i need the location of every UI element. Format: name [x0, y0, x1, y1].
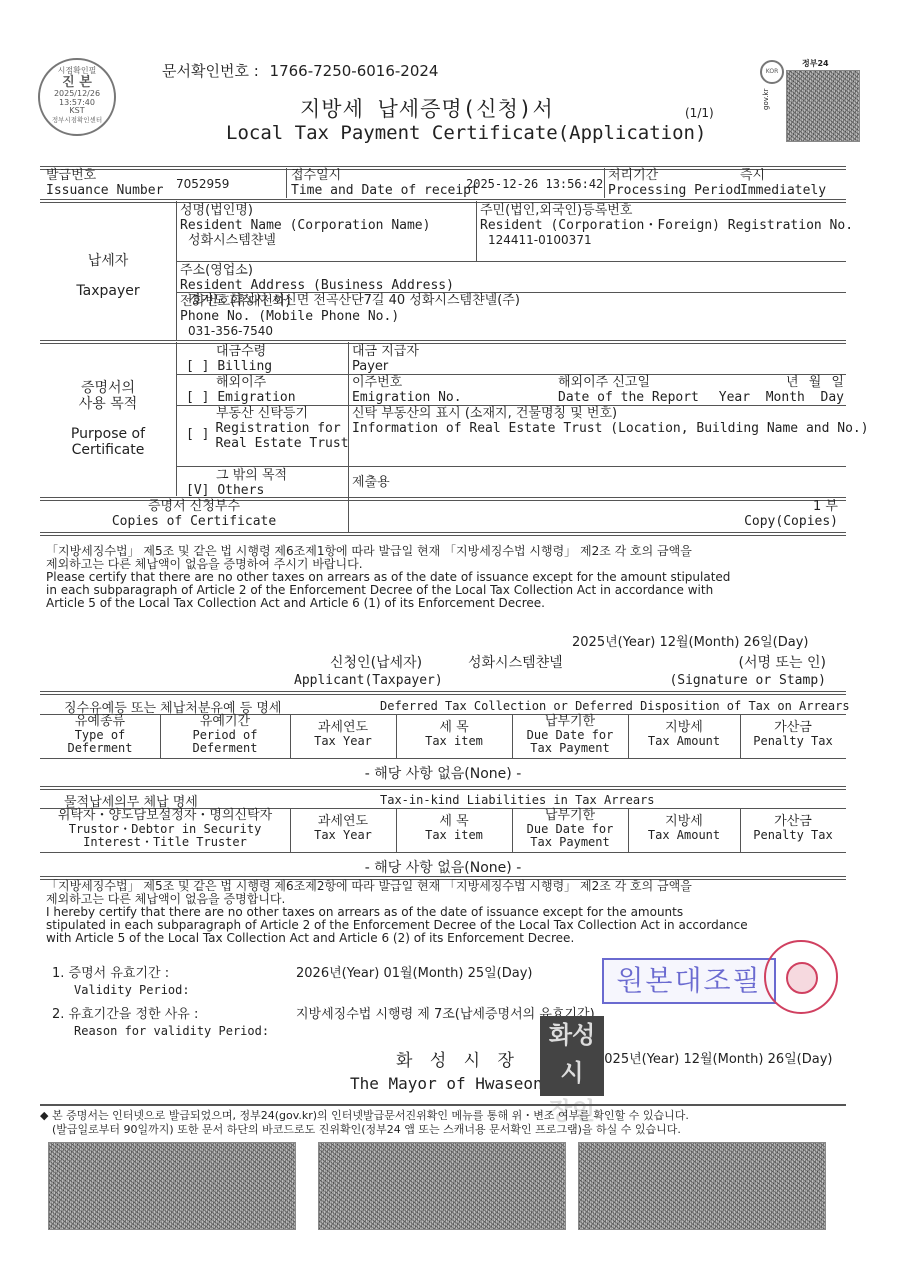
trust-label-en-1: Registration for: [215, 421, 348, 436]
purpose-option-emigration[interactable]: 해외이주 [ ] Emigration: [186, 375, 296, 405]
in-kind-col-5: 가산금Penalty Tax: [740, 815, 846, 842]
request-en-line-3: Article 5 of the Local Tax Collection Ac…: [46, 597, 730, 610]
processing-period-label: 처리기간 Processing Period: [608, 168, 741, 198]
deferment-col-label-en: Tax Amount: [628, 735, 740, 749]
deferment-col-5: 지방세Tax Amount: [628, 721, 740, 748]
purpose-label-en-1: Purpose of: [40, 426, 176, 442]
phone-field: 전화번호(휴대전화) Phone No. (Mobile Phone No.) …: [180, 294, 399, 339]
receipt-label-en: Time and Date of receipt: [291, 183, 479, 198]
issuer-name-ko: 화 성 시 장: [396, 1046, 520, 1071]
issuance-number-label-en: Issuance Number: [46, 183, 163, 198]
billing-label-ko: 대금수령: [186, 344, 272, 359]
deferment-title-en: Deferred Tax Collection or Deferred Disp…: [380, 699, 850, 713]
emigration-number-field: 이주번호 Emigration No.: [352, 375, 462, 405]
deferment-col-0: 유예종류Type ofDeferment: [40, 715, 160, 756]
name-label-ko: 성명(법인명): [180, 203, 430, 218]
in-kind-col-0: 위탁자・양도담보설정자・명의신탁자Trustor・Debtor in Secur…: [40, 809, 290, 850]
in-kind-col-2: 세 목Tax item: [396, 815, 512, 842]
purpose-option-others[interactable]: 그 밖의 목적 [V] Others: [186, 468, 287, 498]
purpose-label-en-2: Certificate: [40, 442, 176, 458]
document-check-number: 문서확인번호 : 1766-7250-6016-2024: [162, 60, 438, 81]
in-kind-col-label-ko: 지방세: [628, 815, 740, 829]
ymd-en: Year Month Day: [700, 390, 844, 405]
trust-label-en-2: Real Estate Trust: [215, 436, 348, 451]
deferment-col-1: 유예기간Period ofDeferment: [160, 715, 290, 756]
taxpayer-label-en: Taxpayer: [40, 276, 176, 306]
in-kind-col-label-en: Trustor・Debtor in Security: [40, 823, 290, 837]
deferment-col-label-en: Tax item: [396, 735, 512, 749]
taxpayer-section-label: 납세자 Taxpayer: [40, 246, 176, 306]
billing-label-en: Billing: [217, 359, 272, 374]
stamp-timezone: KST: [40, 107, 114, 116]
deferment-col-label-en: Due Date for: [512, 729, 628, 743]
deferment-col-3: 세 목Tax item: [396, 721, 512, 748]
deferment-col-label-en: Period of: [160, 729, 290, 743]
in-kind-title-en: Tax-in-kind Liabilities in Tax Arrears: [380, 793, 655, 807]
deferment-col-4: 납부기한Due Date forTax Payment: [512, 715, 628, 756]
applicant-name: 성화시스템챤넬: [468, 652, 563, 672]
deferment-col-label-en: Deferment: [160, 742, 290, 756]
copies-value: 1 부 Copy(Copies): [600, 499, 838, 529]
barcode-1: [48, 1142, 296, 1230]
title-english: Local Tax Payment Certificate(Applicatio…: [226, 122, 706, 144]
deferment-col-label-en: Deferment: [40, 742, 160, 756]
seal-text-1: 화성시: [540, 1016, 604, 1092]
in-kind-col-label-ko: 납부기한: [512, 809, 628, 823]
issuance-number-label-ko: 발급번호: [46, 168, 163, 183]
phone-value: 031-356-7540: [180, 324, 399, 339]
deferment-col-label-ko: 유예종류: [40, 715, 160, 729]
taxpayer-name-field: 성명(법인명) Resident Name (Corporation Name)…: [180, 203, 430, 248]
timestamp-verification-stamp: 시점확인필 진 본 2025/12/26 13:57:40 KST 정부시점확인…: [38, 58, 116, 136]
report-date-label-ko: 해외이주 신고일: [558, 375, 699, 390]
emigration-no-label-ko: 이주번호: [352, 375, 462, 390]
in-kind-col-4: 지방세Tax Amount: [628, 815, 740, 842]
in-kind-col-label-ko: 위탁자・양도담보설정자・명의신탁자: [40, 809, 290, 823]
validity-period-value: 2026년(Year) 01월(Month) 25일(Day): [296, 962, 532, 981]
stamp-main-text: 진 본: [40, 76, 114, 90]
deferment-col-label-en: Tax Payment: [512, 742, 628, 756]
qr-side-label: gov.kr: [762, 89, 770, 110]
official-red-seal: [764, 940, 838, 1014]
in-kind-col-label-en: Tax Amount: [628, 829, 740, 843]
emigration-report-date-value: 년 월 일 Year Month Day: [700, 375, 844, 405]
purpose-option-billing[interactable]: 대금수령 [ ] Billing: [186, 344, 272, 374]
processing-period-value: 즉시 Immediately: [740, 168, 826, 198]
copies-unit: Copy(Copies): [600, 514, 838, 529]
registration-number-field: 주민(법인,외국인)등록번호 Resident (Corporation・For…: [480, 203, 853, 248]
issue-date: 2025년(Year) 12월(Month) 26일(Day): [596, 1048, 832, 1067]
processing-period-value-ko: 즉시: [740, 168, 826, 183]
in-kind-col-label-ko: 세 목: [396, 815, 512, 829]
receipt-label-ko: 접수일시: [291, 168, 479, 183]
payer-label-en: Payer: [352, 359, 419, 374]
deferment-col-label-ko: 가산금: [740, 721, 846, 735]
deferment-col-label-ko: 납부기한: [512, 715, 628, 729]
others-label-en: Others: [217, 483, 264, 498]
processing-period-label-ko: 처리기간: [608, 168, 741, 183]
in-kind-none: - 해당 사항 없음(None) -: [40, 857, 846, 877]
address-label-en: Resident Address (Business Address): [180, 278, 520, 293]
footer-note-2: (발급일로부터 90일까지) 또한 문서 하단의 바코드로도 진위확인(정부24…: [40, 1123, 689, 1137]
in-kind-col-label-ko: 과세연도: [290, 815, 396, 829]
trust-info-field: 신탁 부동산의 표시 (소재지, 건물명칭 및 번호) Information …: [352, 406, 869, 436]
in-kind-col-label-en: Penalty Tax: [740, 829, 846, 843]
validity-period-label-ko: 1. 증명서 유효기간 :: [52, 962, 169, 981]
issuance-number-label: 발급번호 Issuance Number: [46, 168, 163, 198]
in-kind-col-label-en: Due Date for: [512, 823, 628, 837]
copies-label-en: Copies of Certificate: [40, 514, 348, 529]
validity-reason-label-ko: 2. 유효기간을 정한 사유 :: [52, 1003, 198, 1022]
reg-label-ko: 주민(법인,외국인)등록번호: [480, 203, 853, 218]
page-indicator: (1/1): [685, 106, 714, 120]
title-korean: 지방세 납세증명(신청)서: [300, 93, 554, 123]
others-label-ko: 그 밖의 목적: [186, 468, 287, 483]
reg-value: 124411-0100371: [480, 233, 853, 248]
request-paragraph: 「지방세징수법」 제5조 및 같은 법 시행령 제6조제1항에 따라 발급일 현…: [46, 545, 730, 610]
in-kind-col-label-en: Interest・Title Truster: [40, 836, 290, 850]
copies-count: 1 부: [600, 499, 838, 514]
trust-info-label-en: Information of Real Estate Trust (Locati…: [352, 421, 869, 436]
signature-label-ko: (서명 또는 인): [690, 652, 826, 672]
others-purpose-value: 제출용: [352, 475, 390, 490]
receipt-label: 접수일시 Time and Date of receipt: [291, 168, 479, 198]
certify-paragraph: 「지방세징수법」 제5조 및 같은 법 시행령 제6조제2항에 따라 발급일 현…: [46, 880, 748, 945]
applicant-label-en: Applicant(Taxpayer): [294, 673, 443, 688]
processing-period-label-en: Processing Period: [608, 183, 741, 198]
emigration-checkbox[interactable]: [ ]: [186, 390, 209, 405]
kor-logo-icon: KOR: [760, 60, 784, 84]
ymd-ko: 년 월 일: [700, 375, 844, 390]
copies-label: 증명서 신청부수 Copies of Certificate: [40, 499, 348, 529]
issuance-number-value: 7052959: [176, 177, 229, 192]
payer-field: 대금 지급자 Payer: [352, 344, 419, 374]
emigration-label-ko: 해외이주: [186, 375, 296, 390]
in-kind-col-label-ko: 가산금: [740, 815, 846, 829]
qr-label: 정부24: [802, 58, 829, 69]
qr-pattern: [786, 70, 860, 142]
in-kind-col-1: 과세연도Tax Year: [290, 815, 396, 842]
certify-en-line-3: with Article 5 of the Local Tax Collecti…: [46, 932, 748, 945]
deferment-col-label-en: Tax Year: [290, 735, 396, 749]
taxpayer-label-ko: 납세자: [40, 246, 176, 276]
applicant-label-ko: 신청인(납세자): [330, 652, 422, 672]
stamp-bottom-text: 정부시점확인센터: [40, 116, 114, 125]
address-label-ko: 주소(영업소): [180, 263, 520, 278]
in-kind-col-3: 납부기한Due Date forTax Payment: [512, 809, 628, 850]
validity-period-label-en: Validity Period:: [74, 983, 190, 997]
payer-label-ko: 대금 지급자: [352, 344, 419, 359]
deferment-col-label-en: Penalty Tax: [740, 735, 846, 749]
validity-reason-label-en: Reason for validity Period:: [74, 1024, 269, 1038]
emigration-label-en: Emigration: [217, 390, 295, 405]
copies-label-ko: 증명서 신청부수: [40, 499, 348, 514]
in-kind-col-label-en: Tax item: [396, 829, 512, 843]
doc-check-value: 1766-7250-6016-2024: [270, 62, 439, 80]
footer-notes: ◆ 본 증명서는 인터넷으로 발급되었으며, 정부24(gov.kr)의 인터넷…: [40, 1109, 689, 1136]
reg-label-en: Resident (Corporation・Foreign) Registrat…: [480, 218, 853, 233]
purpose-label-ko-1: 증명서의: [40, 380, 176, 396]
emigration-report-date-label: 해외이주 신고일 Date of the Report: [558, 375, 699, 405]
in-kind-col-label-en: Tax Payment: [512, 836, 628, 850]
purpose-label-ko-2: 사용 목적: [40, 396, 176, 412]
purpose-section-label: 증명서의 사용 목적 Purpose of Certificate: [40, 380, 176, 458]
qr-code: KOR 정부24 gov.kr: [758, 58, 862, 142]
deferment-col-label-ko: 지방세: [628, 721, 740, 735]
deferment-col-label-ko: 세 목: [396, 721, 512, 735]
hwaseong-mayor-seal: 화성시 장인: [540, 1016, 604, 1096]
in-kind-col-label-en: Tax Year: [290, 829, 396, 843]
processing-period-value-en: Immediately: [740, 183, 826, 198]
trust-checkbox[interactable]: [ ]: [186, 427, 209, 451]
original-verified-stamp: 원본대조필: [602, 958, 776, 1004]
billing-checkbox[interactable]: [ ]: [186, 359, 209, 374]
trust-label-ko: 부동산 신탁등기: [186, 406, 349, 421]
phone-label-en: Phone No. (Mobile Phone No.): [180, 309, 399, 324]
footer-note-1: ◆ 본 증명서는 인터넷으로 발급되었으며, 정부24(gov.kr)의 인터넷…: [40, 1109, 689, 1123]
others-checkbox-checked[interactable]: [V]: [186, 483, 209, 498]
deferment-col-label-ko: 유예기간: [160, 715, 290, 729]
barcode-2: [318, 1142, 566, 1230]
deferment-col-label-en: Type of: [40, 729, 160, 743]
purpose-option-real-estate-trust[interactable]: 부동산 신탁등기 [ ] Registration for Real Estat…: [186, 406, 349, 451]
emigration-no-label-en: Emigration No.: [352, 390, 462, 405]
doc-check-label: 문서확인번호 :: [162, 62, 259, 80]
receipt-value: 2025-12-26 13:56:42: [466, 177, 603, 192]
report-date-label-en: Date of the Report: [558, 390, 699, 405]
deferment-none: - 해당 사항 없음(None) -: [40, 763, 846, 783]
barcode-3: [578, 1142, 826, 1230]
name-value: 성화시스템챤넬: [180, 233, 430, 248]
name-label-en: Resident Name (Corporation Name): [180, 218, 430, 233]
phone-label-ko: 전화번호(휴대전화): [180, 294, 399, 309]
trust-info-label-ko: 신탁 부동산의 표시 (소재지, 건물명칭 및 번호): [352, 406, 869, 421]
deferment-col-6: 가산금Penalty Tax: [740, 721, 846, 748]
application-date: 2025년(Year) 12월(Month) 26일(Day): [572, 631, 808, 650]
deferment-col-2: 과세연도Tax Year: [290, 721, 396, 748]
deferment-col-label-ko: 과세연도: [290, 721, 396, 735]
issuer-name-en: The Mayor of Hwaseong: [350, 1074, 552, 1093]
signature-label-en: (Signature or Stamp): [650, 673, 826, 688]
